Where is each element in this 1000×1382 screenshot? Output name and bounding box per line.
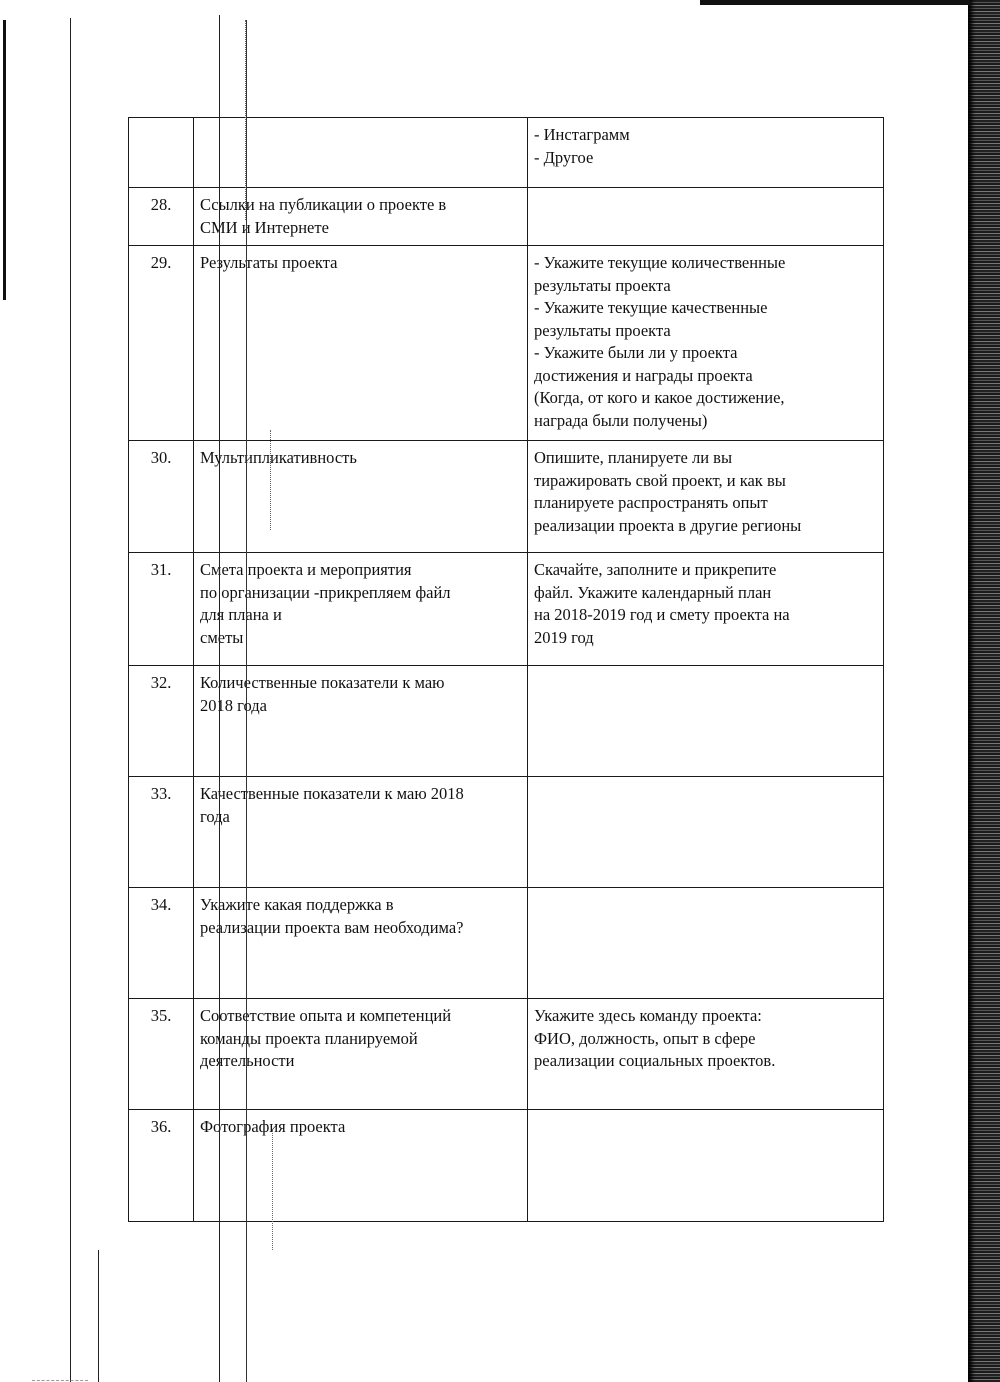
row-number: 34. [129,888,194,999]
title-line: по организации -прикрепляем файл [200,582,521,605]
row-title: Мультипликативность [194,441,528,553]
title-line: СМИ и Интернете [200,217,521,240]
hint-line: результаты проекта [534,275,877,298]
scan-line-bottom-left [98,1250,99,1382]
title-line: Фотография проекта [200,1116,521,1139]
title-line: Мультипликативность [200,447,521,470]
hint-line: - Укажите текущие качественные [534,297,877,320]
row-title: Укажите какая поддержка вреализации прое… [194,888,528,999]
hint-line: достижения и награды проекта [534,365,877,388]
row-title: Ссылки на публикации о проекте вСМИ и Ин… [194,188,528,246]
row-title: Результаты проекта [194,246,528,441]
row-number: 35. [129,999,194,1110]
scan-dotted-line [245,20,246,220]
row-hint[interactable]: Опишите, планируете ли вытиражировать св… [528,441,884,553]
title-line: сметы [200,627,521,650]
row-title [194,118,528,188]
table-row: 35.Соответствие опыта и компетенцийкоман… [129,999,884,1110]
title-line: команды проекта планируемой [200,1028,521,1051]
row-hint[interactable] [528,1110,884,1222]
title-line: деятельности [200,1050,521,1073]
row-hint[interactable] [528,777,884,888]
table-row: - Инстаграмм- Другое [129,118,884,188]
title-line: Смета проекта и мероприятия [200,559,521,582]
hint-line: планируете распространять опыт [534,492,877,515]
row-hint[interactable] [528,666,884,777]
table-row: 33.Качественные показатели к маю 2018год… [129,777,884,888]
row-title: Смета проекта и мероприятияпо организаци… [194,553,528,666]
title-line: Ссылки на публикации о проекте в [200,194,521,217]
hint-line: файл. Укажите календарный план [534,582,877,605]
scan-dash-bottom [32,1380,88,1381]
row-hint[interactable]: Укажите здесь команду проекта:ФИО, должн… [528,999,884,1110]
hint-line: (Когда, от кого и какое достижение, [534,387,877,410]
row-hint[interactable]: - Инстаграмм- Другое [528,118,884,188]
row-number: 33. [129,777,194,888]
application-form-table: - Инстаграмм- Другое28.Ссылки на публика… [128,117,884,1222]
row-title: Соответствие опыта и компетенцийкоманды … [194,999,528,1110]
row-title: Фотография проекта [194,1110,528,1222]
table-row: 31.Смета проекта и мероприятияпо организ… [129,553,884,666]
scan-line-overlay-2 [246,20,247,1382]
hint-line: ФИО, должность, опыт в сфере [534,1028,877,1051]
scan-edge-top [700,0,970,5]
scan-line-left [70,18,71,1382]
scan-dotted-line-2 [270,430,271,530]
title-line: 2018 года [200,695,521,718]
hint-line: на 2018-2019 год и смету проекта на [534,604,877,627]
title-line: года [200,806,521,829]
hint-line: тиражировать свой проект, и как вы [534,470,877,493]
hint-line: результаты проекта [534,320,877,343]
hint-line: 2019 год [534,627,877,650]
table-row: 36.Фотография проекта [129,1110,884,1222]
title-line: Результаты проекта [200,252,521,275]
title-line: Соответствие опыта и компетенций [200,1005,521,1028]
hint-line: награда были получены) [534,410,877,433]
table-row: 28.Ссылки на публикации о проекте вСМИ и… [129,188,884,246]
row-number [129,118,194,188]
row-hint[interactable]: - Укажите текущие количественныерезульта… [528,246,884,441]
row-number: 29. [129,246,194,441]
scan-line-left-margin [3,20,6,300]
title-line: Укажите какая поддержка в [200,894,521,917]
scan-dotted-line-3 [272,1130,273,1250]
hint-line: Скачайте, заполните и прикрепите [534,559,877,582]
hint-line: реализации социальных проектов. [534,1050,877,1073]
title-line: для плана и [200,604,521,627]
row-hint[interactable] [528,888,884,999]
row-hint[interactable]: Скачайте, заполните и прикрепитефайл. Ук… [528,553,884,666]
scan-edge-right [968,0,1000,1382]
title-line: Количественные показатели к маю [200,672,521,695]
hint-line: - Другое [534,147,877,170]
table-row: 32.Количественные показатели к маю2018 г… [129,666,884,777]
table-row: 34.Укажите какая поддержка вреализации п… [129,888,884,999]
row-number: 31. [129,553,194,666]
hint-line: - Укажите были ли у проекта [534,342,877,365]
title-line: Качественные показатели к маю 2018 [200,783,521,806]
hint-line: - Укажите текущие количественные [534,252,877,275]
row-number: 36. [129,1110,194,1222]
row-number: 32. [129,666,194,777]
table-row: 29.Результаты проекта- Укажите текущие к… [129,246,884,441]
title-line: реализации проекта вам необходима? [200,917,521,940]
hint-line: реализации проекта в другие регионы [534,515,877,538]
hint-line: Опишите, планируете ли вы [534,447,877,470]
row-number: 28. [129,188,194,246]
row-title: Качественные показатели к маю 2018года [194,777,528,888]
hint-line: Укажите здесь команду проекта: [534,1005,877,1028]
row-number: 30. [129,441,194,553]
row-hint[interactable] [528,188,884,246]
table-row: 30.МультипликативностьОпишите, планирует… [129,441,884,553]
hint-line: - Инстаграмм [534,124,877,147]
row-title: Количественные показатели к маю2018 года [194,666,528,777]
scan-line-overlay-1 [219,15,220,1382]
